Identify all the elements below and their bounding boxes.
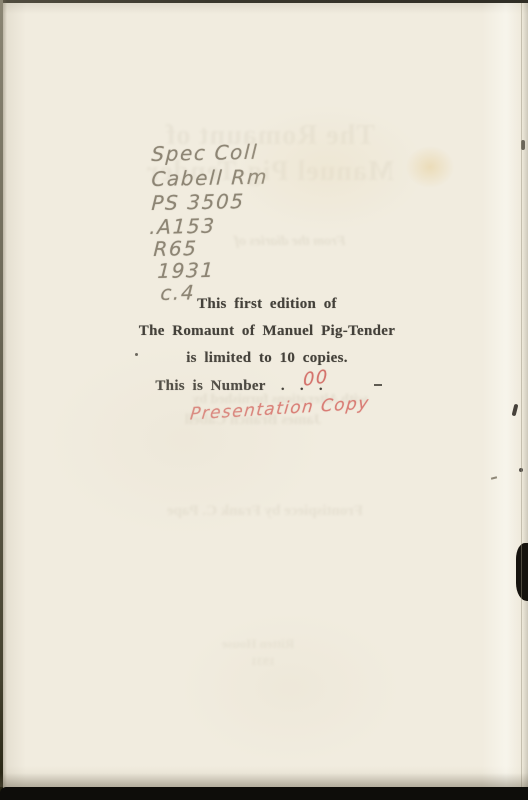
limitation-line-1: This first edition of	[104, 296, 430, 313]
handwritten-copy-number: 00	[303, 366, 328, 391]
ink-dot-mark	[135, 353, 138, 356]
call-number-line-1: Spec Coll	[151, 140, 259, 166]
call-number-line-3: PS 3505	[151, 189, 246, 215]
showthrough-subtitle: From the diaries of	[200, 234, 380, 250]
page-edge-crease	[521, 0, 522, 800]
call-number-line-2: Cabell Rm	[151, 165, 269, 191]
showthrough-title-line-1: The Romaunt of	[95, 120, 445, 152]
showthrough-frontispiece: Frontispiece by Frank C. Pape	[120, 503, 410, 520]
scan-edge-top	[0, 0, 528, 3]
binding-ink-blob	[516, 543, 528, 601]
showthrough-title-line-2: Manuel Pig-Tender	[85, 156, 455, 188]
scan-edge-left-shadow	[3, 0, 7, 800]
showthrough-imprint-2: 1931	[228, 654, 298, 669]
limitation-line-2: The Romaunt of Manuel Pig-Tender	[104, 323, 430, 340]
limitation-number-line: This is Number . . .	[78, 378, 404, 395]
small-dash-speck	[491, 476, 497, 479]
showthrough-imprint-1: Ritten House	[183, 636, 333, 652]
edge-ink-mark	[512, 404, 519, 417]
limitation-line-3: is limited to 10 copies.	[104, 350, 430, 367]
paper-stain	[406, 146, 454, 188]
binding-edge-bottom	[0, 787, 528, 800]
call-number-line-6: 1931	[157, 258, 216, 283]
call-number-line-4: .A153	[149, 214, 216, 239]
call-number-line-5: R65	[153, 236, 198, 261]
bottom-edge-shadow	[0, 773, 528, 787]
scanned-book-page: The Romaunt of Manuel Pig-Tender From th…	[0, 0, 528, 800]
presentation-copy-inscription: Presentation Copy	[189, 393, 370, 424]
limitation-number-label: This is Number	[155, 378, 265, 394]
dash-mark	[374, 384, 382, 386]
